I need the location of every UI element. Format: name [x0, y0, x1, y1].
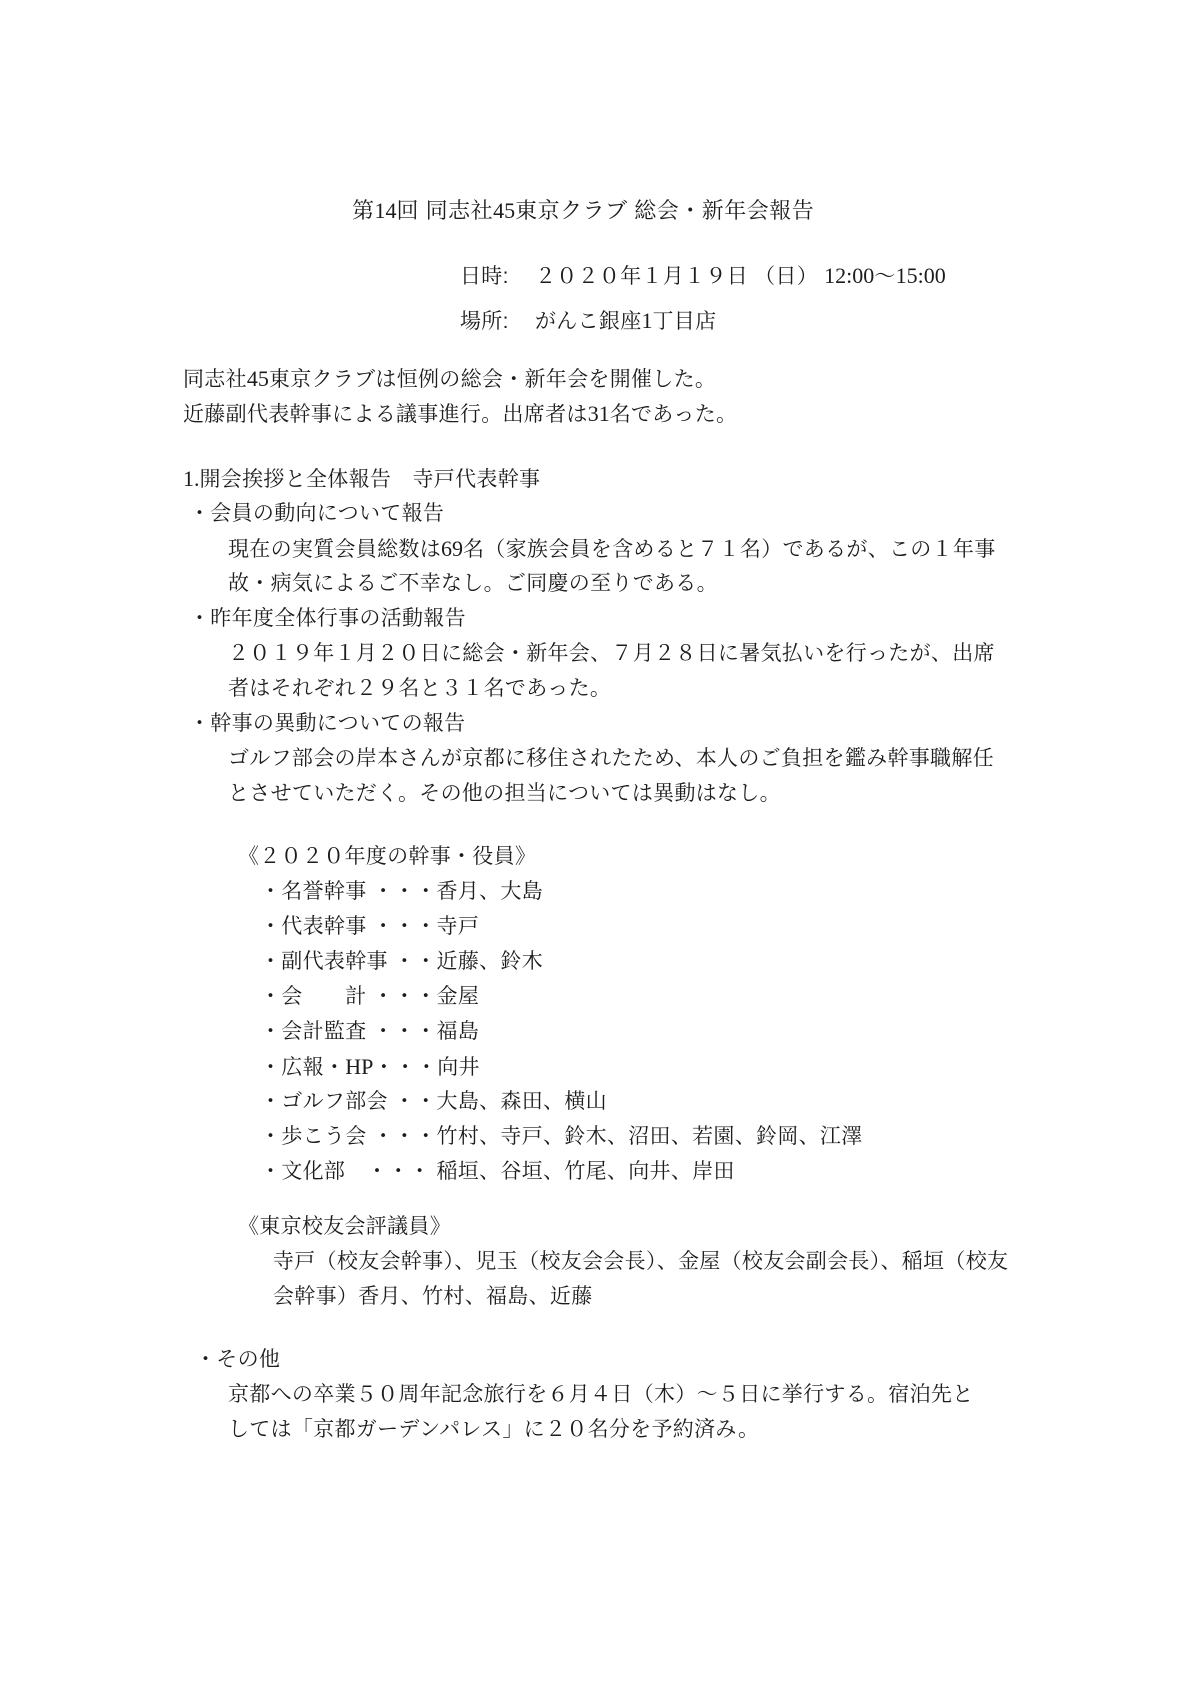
- place-label: 場所:: [460, 309, 535, 335]
- officer-item-accounting: ・会 計 ・・・金屋: [260, 984, 479, 1010]
- officer-item-golf: ・ゴルフ部会 ・・大島、森田、横山: [260, 1089, 607, 1115]
- secretary-change-line-1: ゴルフ部会の岸本さんが京都に移住されたため、本人のご負担を鑑み幹事職解任: [228, 746, 994, 772]
- secretary-change-line-2: とさせていただく。その他の担当については異動はなし。: [228, 781, 781, 807]
- meta-datetime-row: 日時:２０２０年１月１９日 （日） 12:00～15:00: [460, 263, 946, 290]
- officer-item-representative: ・代表幹事 ・・・寺戸: [260, 914, 479, 940]
- intro-line-1: 同志社45東京クラブは恒例の総会・新年会を開催した。: [183, 366, 716, 393]
- activity-report-bullet: ・昨年度全体行事の活動報告: [189, 606, 466, 632]
- datetime-label: 日時:: [460, 264, 535, 290]
- officer-item-deputy: ・副代表幹事 ・・近藤、鈴木: [260, 949, 543, 975]
- councilors-heading: 《東京校友会評議員》: [238, 1214, 451, 1240]
- document-page: 第14回 同志社45東京クラブ 総会・新年会報告 日時:２０２０年１月１９日 （…: [0, 0, 1200, 1698]
- member-trend-line-2: 故・病気によるご不幸なし。ご同慶の至りである。: [228, 571, 718, 597]
- councilors-line-2: 会幹事）香月、竹村、福島、近藤: [273, 1284, 593, 1310]
- officers-heading: 《２０２０年度の幹事・役員》: [238, 844, 536, 870]
- datetime-value: ２０２０年１月１９日 （日） 12:00～15:00: [535, 265, 946, 288]
- officer-item-walking: ・歩こう会 ・・・竹村、寺戸、鈴木、沼田、若園、鈴岡、江澤: [260, 1124, 863, 1150]
- meta-place-row: 場所:がんこ銀座1丁目店: [460, 308, 716, 335]
- others-line-1: 京都への卒業５０周年記念旅行を６月４日（木）～５日に挙行する。宿泊先と: [228, 1382, 974, 1408]
- secretary-change-bullet: ・幹事の異動についての報告: [189, 711, 465, 737]
- member-trend-line-1: 現在の実質会員総数は69名（家族会員を含めると７１名）であるが、この１年事: [228, 536, 996, 563]
- officer-item-culture: ・文化部 ・・・ 稲垣、谷垣、竹尾、向井、岸田: [260, 1159, 735, 1185]
- section1-heading: 1.開会挨拶と全体報告 寺戸代表幹事: [183, 466, 540, 493]
- document-title: 第14回 同志社45東京クラブ 総会・新年会報告: [352, 198, 814, 224]
- others-line-2: しては「京都ガーデンパレス」に２０名分を予約済み。: [228, 1417, 759, 1443]
- intro-line-2: 近藤副代表幹事による議事進行。出席者は31名であった。: [183, 401, 737, 428]
- member-trend-bullet: ・会員の動向について報告: [189, 501, 444, 527]
- councilors-line-1: 寺戸（校友会幹事）、児玉（校友会会長）、金屋（校友会副会長）、稲垣（校友: [273, 1249, 1008, 1275]
- officer-item-honorary: ・名誉幹事 ・・・香月、大島: [260, 879, 543, 905]
- place-value: がんこ銀座1丁目店: [535, 310, 716, 333]
- officer-item-pr: ・広報・HP・・・向井: [260, 1054, 480, 1081]
- activity-report-line-2: 者はそれぞれ２９名と３１名であった。: [228, 676, 611, 702]
- activity-report-line-1: ２０１９年１月２０日に総会・新年会、７月２８日に暑気払いを行ったが、出席: [228, 641, 995, 667]
- others-bullet: ・その他: [195, 1347, 280, 1373]
- officer-item-audit: ・会計監査 ・・・福島: [260, 1019, 479, 1045]
